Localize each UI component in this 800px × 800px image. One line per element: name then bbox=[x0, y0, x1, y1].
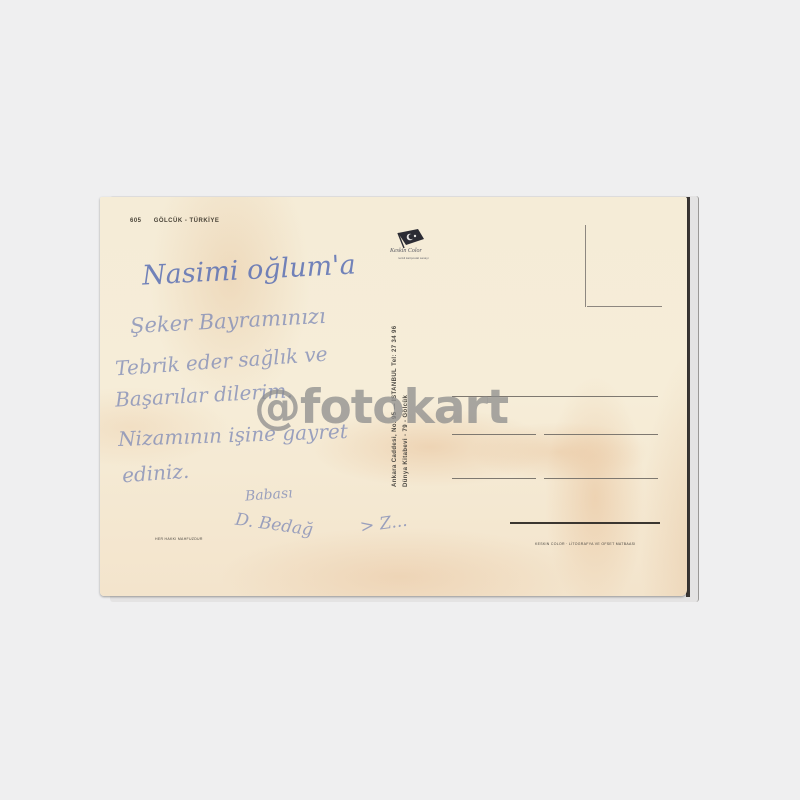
signature-line: Babası bbox=[244, 485, 293, 504]
handwriting-line: Şeker Bayramınızı bbox=[130, 304, 327, 338]
stamp-box-line bbox=[585, 225, 586, 307]
handwriting-line: ediniz. bbox=[121, 459, 190, 488]
postcard-number: 605 bbox=[130, 218, 142, 224]
footer-left: HER HAKKI MAHFUZDUR bbox=[155, 537, 203, 541]
handwriting-line: Nasimi oğlum'a bbox=[141, 249, 356, 291]
vertical-imprint: Ankara Caddesi, No. 95 — ISTANBUL Tel: 2… bbox=[390, 267, 412, 487]
signature-line: > Z... bbox=[359, 511, 409, 537]
fotokart-watermark: @fotokart bbox=[254, 380, 508, 435]
stamp-box-line bbox=[587, 306, 662, 307]
footer-right: KESKIN COLOR · LİTOGRAFYA VE OFSET MATBA… bbox=[535, 542, 636, 546]
postcard-title: GÖLCÜK - TÜRKİYE bbox=[154, 218, 220, 224]
imprint-line: Dünya Kitabevi - 79 - Gölcük bbox=[401, 267, 412, 487]
publisher-logo: Keskin Color renkli kartpostal sanayi bbox=[390, 227, 440, 263]
postcard-header: 605 GÖLCÜK - TÜRKİYE bbox=[130, 218, 219, 224]
address-line bbox=[510, 522, 660, 524]
address-line bbox=[452, 478, 536, 479]
publisher-name: Keskin Color bbox=[390, 248, 422, 254]
handwriting-line: Tebrik eder sağlık ve bbox=[114, 342, 328, 381]
address-line bbox=[544, 478, 658, 479]
imprint-line: Ankara Caddesi, No. 95 — ISTANBUL Tel: 2… bbox=[390, 267, 401, 487]
turkish-flag-icon bbox=[396, 227, 426, 249]
signature-line: D. Bedağ bbox=[234, 510, 314, 541]
address-line bbox=[544, 434, 658, 435]
publisher-subtitle: renkli kartpostal sanayi bbox=[398, 256, 429, 260]
